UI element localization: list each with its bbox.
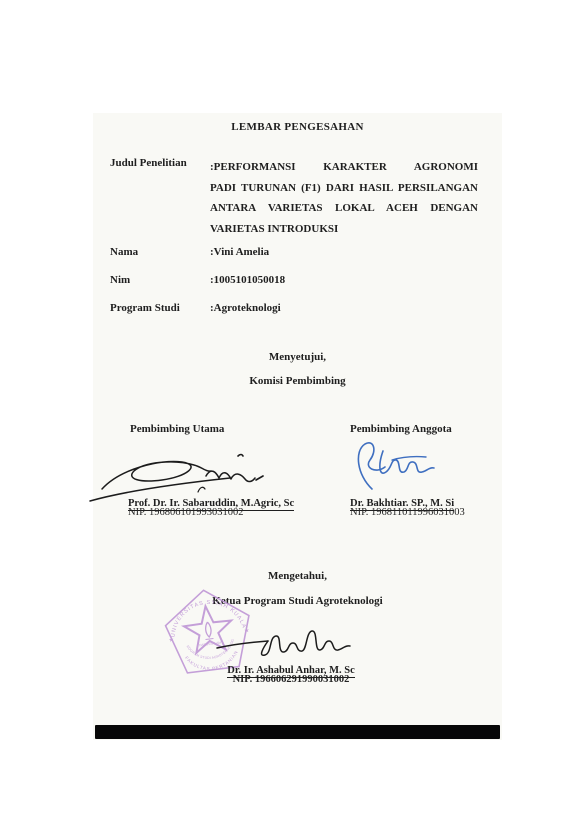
supervisor-nip-anggota: NIP. 196811011996031003 bbox=[350, 507, 465, 518]
approval-line-2: Komisi Pembimbing bbox=[93, 375, 502, 387]
svg-text:★: ★ bbox=[168, 636, 174, 644]
field-value-program-studi: :Agroteknologi bbox=[210, 302, 281, 314]
field-label-judul: Judul Penelitian bbox=[110, 157, 187, 169]
acknowledgement-nip: NIP. 196606291990031002 bbox=[186, 674, 396, 685]
field-label-nim: Nim bbox=[110, 274, 130, 286]
field-label-nama: Nama bbox=[110, 246, 138, 258]
svg-text:★: ★ bbox=[244, 627, 250, 635]
judul-line-1: :PERFORMANSI KARAKTER AGRONOMI bbox=[210, 157, 478, 178]
supervisor-nip-utama: NIP. 196806101993031002 bbox=[128, 507, 244, 518]
supervisor-role-utama: Pembimbing Utama bbox=[130, 423, 224, 435]
scanned-approval-page: { "page": { "title": "LEMBAR PENGESAHAN"… bbox=[0, 0, 579, 819]
judul-line-3: ANTARA VARIETAS LOKAL ACEH DENGAN bbox=[210, 198, 478, 219]
field-value-nim: :1005101050018 bbox=[210, 274, 285, 286]
judul-line-4: VARIETAS INTRODUKSI bbox=[210, 219, 478, 240]
field-value-nama: :Vini Amelia bbox=[210, 246, 269, 258]
acknowledgement-line-1: Mengetahui, bbox=[93, 570, 502, 582]
page-title: LEMBAR PENGESAHAN bbox=[93, 121, 502, 133]
field-label-program-studi: Program Studi bbox=[110, 302, 180, 314]
field-value-judul: :PERFORMANSI KARAKTER AGRONOMI PADI TURU… bbox=[210, 157, 478, 239]
scan-edge-bar bbox=[95, 725, 500, 739]
approval-line-1: Menyetujui, bbox=[93, 351, 502, 363]
acknowledgement-line-2: Ketua Program Studi Agroteknologi bbox=[93, 595, 502, 607]
supervisor-role-anggota: Pembimbing Anggota bbox=[350, 423, 452, 435]
judul-line-2: PADI TURUNAN (F1) DARI HASIL PERSILANGAN bbox=[210, 178, 478, 199]
